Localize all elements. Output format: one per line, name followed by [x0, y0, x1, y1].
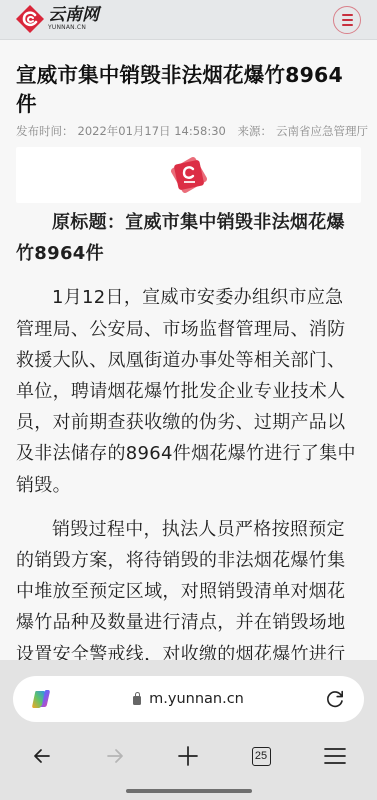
browser-toolbar: m.yunnan.cn 25	[0, 660, 377, 800]
hamburger-line	[342, 24, 353, 26]
site-header: 云南网 YUNNAN.CN	[0, 0, 377, 40]
yunnan-card-logo-icon	[169, 155, 209, 195]
publish-label: 发布时间：	[16, 124, 74, 138]
logo-chinese-text: 云南网	[48, 7, 99, 24]
new-tab-button[interactable]	[168, 738, 208, 774]
article-title: 宣威市集中销毁非法烟花爆竹8964件	[16, 61, 361, 119]
url-text[interactable]: m.yunnan.cn	[149, 691, 244, 707]
address-bar[interactable]: m.yunnan.cn	[13, 676, 364, 722]
article-image[interactable]	[16, 147, 361, 203]
back-arrow-icon	[32, 746, 52, 766]
publish-time-label: 发布时间：2022年01月17日 14:58:30	[16, 124, 230, 138]
yunnan-logo-icon	[15, 4, 45, 34]
article: 宣威市集中销毁非法烟花爆竹8964件 发布时间：2022年01月17日 14:5…	[0, 41, 377, 661]
publish-time: 2022年01月17日 14:58:30	[78, 124, 226, 138]
site-logo[interactable]: 云南网 YUNNAN.CN	[15, 4, 99, 34]
back-button[interactable]	[22, 738, 62, 774]
source: 来源：云南省应急管理厅	[238, 124, 373, 138]
forward-button[interactable]	[95, 738, 135, 774]
site-menu-button[interactable]	[333, 6, 361, 34]
tabs-icon: 25	[252, 747, 271, 766]
home-indicator[interactable]	[126, 789, 252, 793]
hamburger-menu-icon	[342, 14, 353, 16]
hamburger-line	[342, 19, 353, 21]
article-meta: 发布时间：2022年01月17日 14:58:30 来源：云南省应急管理厅	[16, 123, 361, 139]
plus-icon	[177, 745, 199, 767]
browser-menu-button[interactable]	[315, 738, 355, 774]
source-value: 云南省应急管理厅	[276, 124, 368, 138]
source-label: 来源：	[238, 124, 273, 138]
article-original-title: 原标题：宣威市集中销毁非法烟花爆竹8964件	[16, 207, 361, 269]
menu-icon	[324, 746, 346, 766]
reload-icon[interactable]	[324, 688, 346, 710]
browser-nav-row: 25	[0, 738, 377, 774]
article-paragraph: 销毁过程中，执法人员严格按照预定的销毁方案，将待销毁的非法烟花爆竹集中堆放至预定…	[16, 514, 361, 661]
lock-icon	[133, 696, 141, 705]
tabs-button[interactable]: 25	[241, 738, 281, 774]
logo-english-text: YUNNAN.CN	[48, 25, 99, 31]
forward-arrow-icon	[105, 746, 125, 766]
article-paragraph: 1月12日，宣威市安委办组织市应急管理局、公安局、市场监督管理局、消防救援大队、…	[16, 282, 361, 500]
